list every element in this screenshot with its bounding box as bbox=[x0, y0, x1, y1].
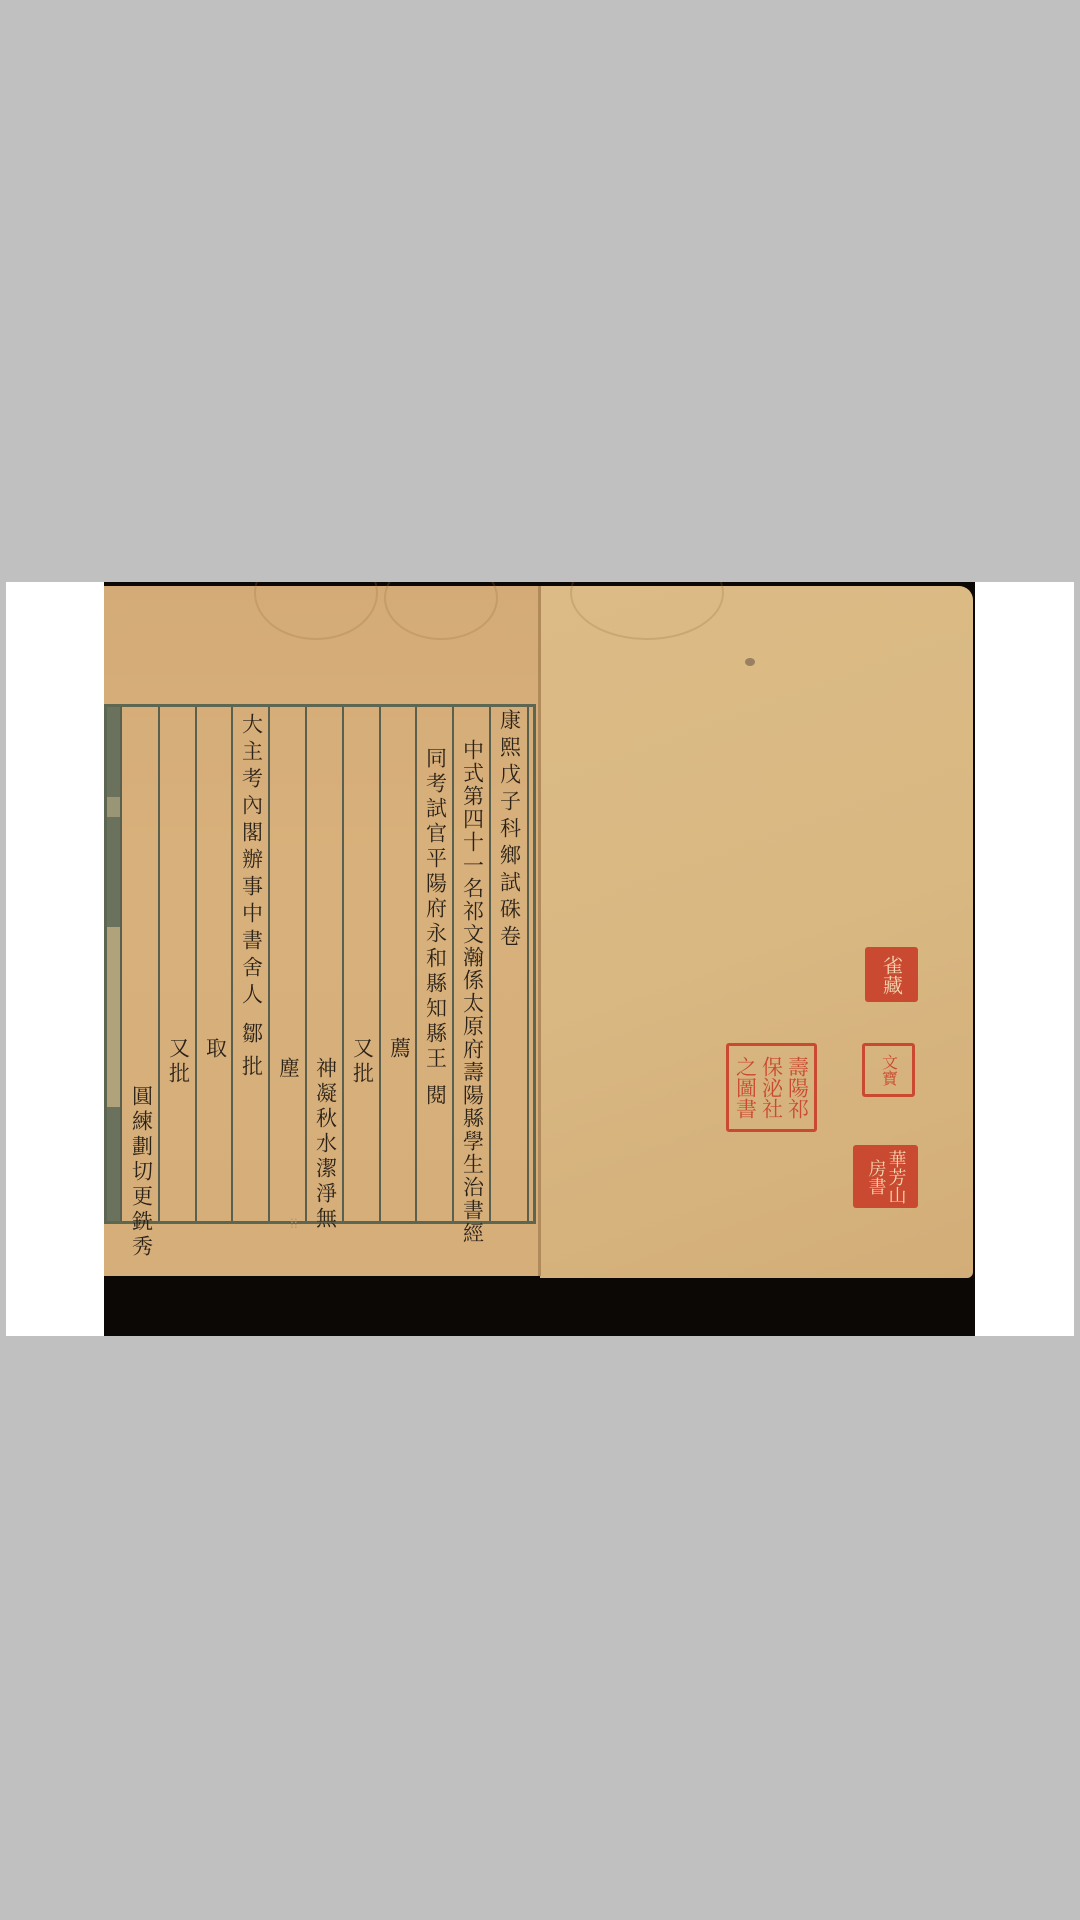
seal-4-text: 華芳山房書 bbox=[866, 1145, 906, 1208]
comment-text: 神凝秋水潔淨無 bbox=[310, 1057, 341, 1232]
column-comment-text-2: 圓練劃切更銑秀 bbox=[123, 1085, 159, 1260]
column-comment-end: 塵 bbox=[270, 1057, 306, 1078]
comment-text-2: 圓練劃切更銑秀 bbox=[126, 1085, 157, 1260]
column-comment-text: 神凝秋水潔淨無 bbox=[307, 1057, 343, 1232]
exam-title: 康熙戊子科鄉試硃卷 bbox=[494, 709, 525, 952]
book-photo: 康熙戊子科鄉試硃卷 中式第四十一名祁文瀚係太原府壽陽縣學生治書經 同考試官平陽府… bbox=[104, 582, 975, 1336]
column-title: 康熙戊子科鄉試硃卷 bbox=[491, 709, 527, 952]
left-page: 康熙戊子科鄉試硃卷 中式第四十一名祁文瀚係太原府壽陽縣學生治書經 同考試官平陽府… bbox=[104, 586, 540, 1276]
collector-seal-2: 文寶 bbox=[862, 1043, 915, 1097]
seal-3-text: 壽陽祁保泌社之圖書 bbox=[733, 1046, 811, 1129]
column-comment-1: 又批 bbox=[344, 1037, 380, 1087]
candidate-info: 中式第四十一名祁文瀚係太原府壽陽縣學生治書經 bbox=[457, 739, 488, 1245]
collector-seal-4: 華芳山房書 bbox=[853, 1145, 918, 1208]
column-accept: 取 bbox=[197, 1037, 233, 1058]
chief-examiner-info: 大主考內閣辦事中書舍人 bbox=[236, 713, 267, 1010]
comment-end: 塵 bbox=[273, 1057, 304, 1078]
column-recommend: 薦 bbox=[381, 1037, 417, 1058]
water-stain bbox=[570, 582, 724, 640]
ruled-text-frame: 康熙戊子科鄉試硃卷 中式第四十一名祁文瀚係太原府壽陽縣學生治書經 同考試官平陽府… bbox=[104, 704, 536, 1224]
collector-seal-1: 雀藏 bbox=[865, 947, 918, 1002]
chief-examiner-mark: 批 bbox=[236, 1055, 267, 1076]
chief-examiner-name: 鄒 bbox=[236, 1022, 267, 1043]
book-spine bbox=[538, 586, 541, 1276]
water-stain bbox=[384, 582, 498, 640]
examiner-info: 同考試官平陽府永和縣知縣王 bbox=[420, 747, 451, 1072]
perforation-marks: ⁞⁞ bbox=[290, 1216, 298, 1233]
examiner-mark: 閱 bbox=[420, 1084, 451, 1105]
ink-speck bbox=[745, 658, 755, 666]
accept-mark: 取 bbox=[200, 1037, 231, 1058]
seal-2-text: 文寶 bbox=[880, 1054, 898, 1086]
comment-label-2: 又批 bbox=[163, 1037, 194, 1087]
column-chief-examiner: 大主考內閣辦事中書舍人 鄒 批 bbox=[233, 713, 269, 1076]
column-examiner: 同考試官平陽府永和縣知縣王 閱 bbox=[417, 747, 453, 1105]
bleed-through-border bbox=[107, 707, 121, 1221]
collector-seal-3: 壽陽祁保泌社之圖書 bbox=[726, 1043, 817, 1132]
seal-1-text: 雀藏 bbox=[881, 955, 903, 995]
column-comment-2: 又批 bbox=[160, 1037, 196, 1087]
column-candidate: 中式第四十一名祁文瀚係太原府壽陽縣學生治書經 bbox=[454, 739, 490, 1245]
right-page: 雀藏 文寶 壽陽祁保泌社之圖書 華芳山房書 bbox=[540, 586, 973, 1278]
water-stain bbox=[254, 582, 378, 640]
recommend-mark: 薦 bbox=[384, 1037, 415, 1058]
comment-label: 又批 bbox=[347, 1037, 378, 1087]
